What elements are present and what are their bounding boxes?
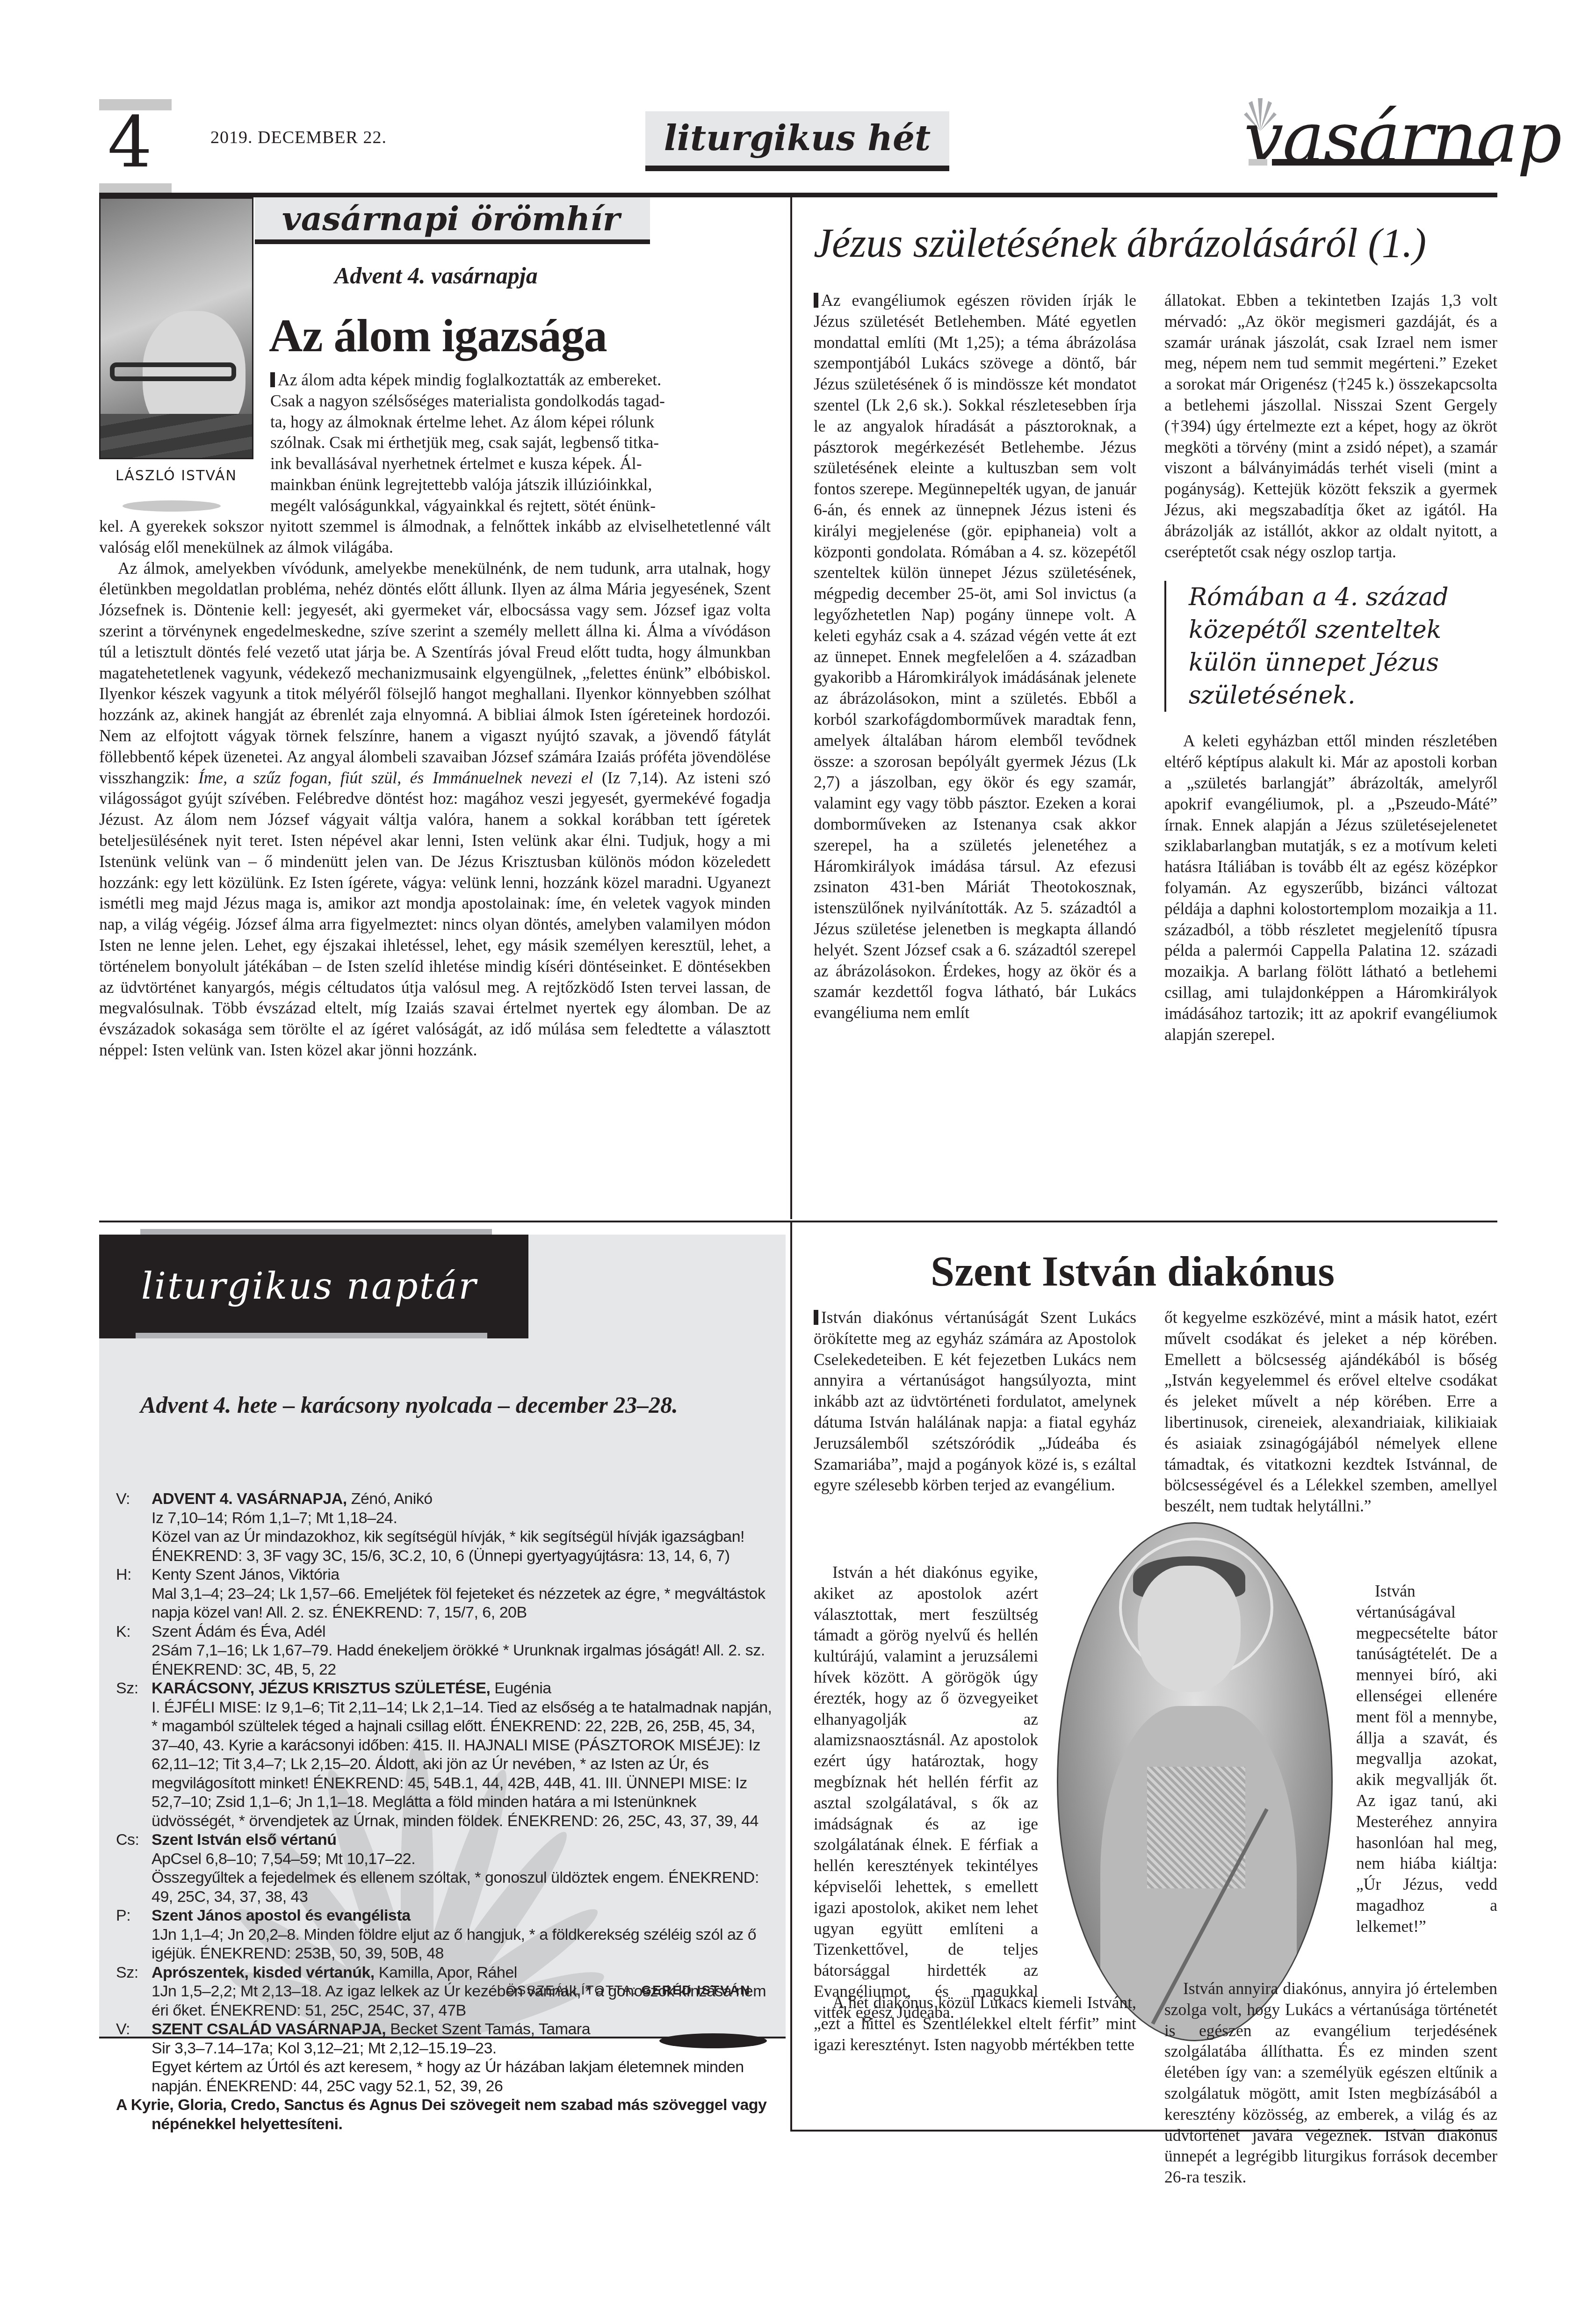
lead-marker-icon bbox=[814, 293, 818, 308]
compiled-by: ÖSSZEÁLLÍTOTTA: GERÉD ISTVÁN bbox=[506, 1983, 751, 1998]
author-photo bbox=[99, 197, 253, 459]
section-kicker-label: vasárnapi örömhír bbox=[282, 199, 620, 238]
issue-date: 2019. DECEMBER 22. bbox=[210, 127, 387, 148]
article-column-1: Az evangéliumok egészen röviden írják le… bbox=[814, 290, 1136, 1023]
lead-line: Az álom adta képek mindig foglalkoztattá… bbox=[270, 369, 771, 390]
column-divider bbox=[790, 197, 792, 1219]
paragraph: Az álmok, amelyekben vívódunk, amelyekbe… bbox=[99, 558, 771, 1061]
article-title: Szent István diakónus bbox=[931, 1246, 1335, 1296]
article-column-2: állatokat. Ebben a tekintetben Izajás 1,… bbox=[1164, 290, 1497, 1045]
calendar-entry: H: Kenty Szent János, Viktória Mal 3,1–4… bbox=[116, 1565, 775, 1622]
article-body-wrapped: Az álom adta képek mindig foglalkoztattá… bbox=[270, 369, 771, 516]
article-column-2-wrap: István vértanúságával megpecsételte báto… bbox=[1356, 1581, 1497, 1937]
article-column-1: István diakónus vértanúságát Szent Lukác… bbox=[814, 1307, 1136, 1496]
article-body: kel. A gyerekek sokszor nyitott szemmel … bbox=[99, 516, 771, 1061]
calendar-entry: P: Szent János apostol és evangélista 1J… bbox=[116, 1906, 775, 1963]
lead-marker-icon bbox=[270, 372, 275, 387]
page-number: 4 bbox=[108, 108, 152, 178]
bottom-rule bbox=[790, 2130, 1497, 2132]
section-kicker: vasárnapi örömhír bbox=[255, 197, 650, 244]
column-divider-bottom bbox=[790, 1222, 792, 2130]
section-divider bbox=[99, 1221, 1497, 1222]
calendar-entry: Sz: KARÁCSONY, JÉZUS KRISZTUS SZÜLETÉSE,… bbox=[116, 1679, 775, 1830]
pull-quote: Rómában a 4. század közepétől szenteltek… bbox=[1164, 581, 1497, 712]
calendar-entry: V: SZENT CSALÁD VASÁRNAPJA, Becket Szent… bbox=[116, 2020, 775, 2096]
calendar-oval-decoration bbox=[659, 2033, 767, 2048]
publication-logo: vasárnap bbox=[1244, 94, 1496, 178]
logo-underline bbox=[1272, 159, 1494, 166]
calendar-title: liturgikus naptár bbox=[99, 1235, 528, 1338]
paragraph: kel. A gyerekek sokszor nyitott szemmel … bbox=[99, 516, 771, 558]
scripture-quote: Íme, a szűz fogan, fiút szül, és Immánue… bbox=[198, 768, 593, 787]
article-column-2: őt kegyelme eszközévé, mint a másik hato… bbox=[1164, 1307, 1497, 1517]
calendar-entry: K: Szent Ádám és Éva, Adél 2Sám 7,1–16; … bbox=[116, 1622, 775, 1679]
calendar-note: A Kyrie, Gloria, Credo, Sanctus és Agnus… bbox=[116, 2096, 775, 2133]
liturgical-calendar: liturgikus naptár Advent 4. hete – karác… bbox=[99, 1235, 786, 2037]
calendar-title-bar-bottom bbox=[136, 1333, 487, 1338]
header-rule bbox=[99, 193, 1497, 197]
article-headline: Az álom igazsága bbox=[269, 309, 607, 362]
saint-stephen-image bbox=[1057, 1522, 1333, 2041]
lead-marker-icon bbox=[814, 1310, 818, 1325]
calendar-title-label: liturgikus naptár bbox=[141, 1265, 477, 1308]
calendar-entry: Cs: Szent István első vértanú ApCsel 6,8… bbox=[116, 1830, 775, 1906]
author-name: LÁSZLÓ ISTVÁN bbox=[99, 468, 253, 484]
article-column-1-wrap: István a hét diakónus egyike, akiket az … bbox=[814, 1562, 1038, 2023]
logo-underline-grey bbox=[1249, 159, 1267, 166]
calendar-entry: V: ADVENT 4. VASÁRNAPJA, Zénó, Anikó Iz … bbox=[116, 1489, 775, 1565]
article-column-2-end: István annyira diakónus, annyira jó érte… bbox=[1164, 1978, 1497, 2188]
compiler-name: GERÉD ISTVÁN bbox=[641, 1983, 751, 1997]
article-subtitle: Advent 4. vasárnapja bbox=[334, 262, 538, 289]
section-tag: liturgikus hét bbox=[645, 111, 949, 171]
author-oval-decoration bbox=[123, 500, 221, 512]
article-title: Jézus születésének ábrázolásáról (1.) bbox=[814, 220, 1426, 267]
article-column-1-end: A hét diakónus közül Lukács kiemeli Istv… bbox=[814, 1992, 1136, 2055]
calendar-subtitle: Advent 4. hete – karácsony nyolcada – de… bbox=[140, 1391, 678, 1418]
section-tag-label: liturgikus hét bbox=[664, 118, 931, 159]
